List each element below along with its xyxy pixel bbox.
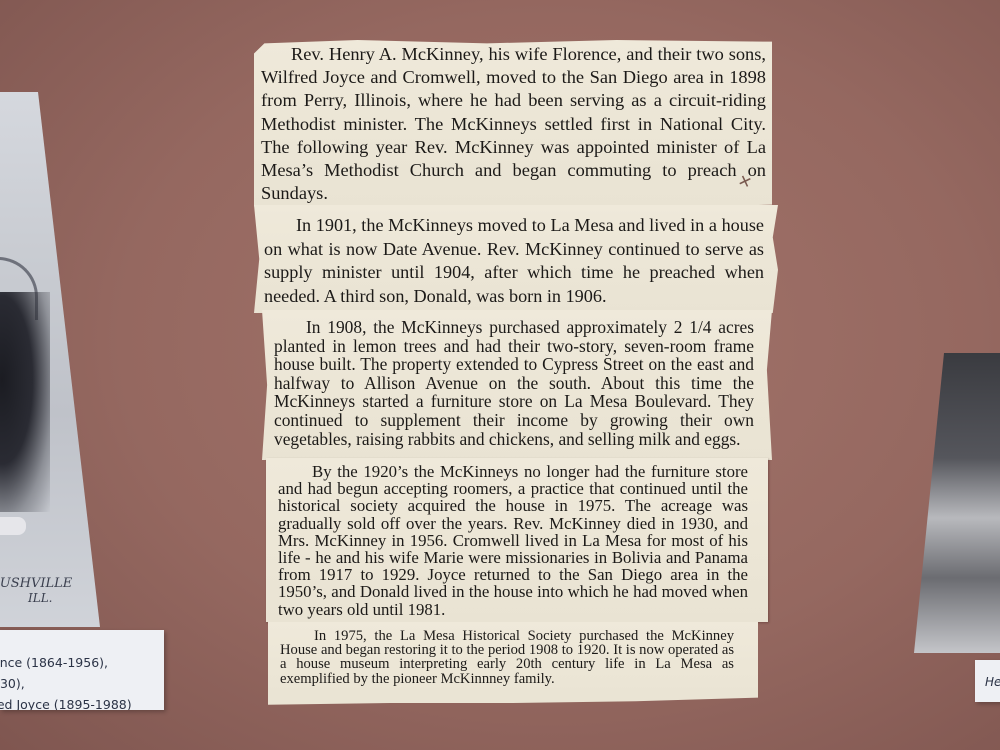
seated-figure	[0, 292, 50, 512]
photo-studio-imprint: RUSHVILLE ILL.	[0, 577, 80, 605]
caption-line: ence (1864-1956),	[0, 652, 164, 673]
history-paragraph-1908: In 1908, the McKinneys purchased approxi…	[262, 310, 772, 460]
paragraph-text: In 1908, the McKinneys purchased approxi…	[274, 318, 754, 448]
paragraph-text: In 1901, the McKinneys moved to La Mesa …	[264, 214, 764, 308]
left-portrait-photo: RUSHVILLE ILL.	[0, 92, 102, 627]
figure-hand	[0, 517, 26, 535]
imprint-city: RUSHVILLE	[0, 577, 80, 591]
paragraph-text: Rev. Henry A. McKinney, his wife Florenc…	[261, 43, 766, 205]
history-paragraph-1901: In 1901, the McKinneys moved to La Mesa …	[254, 205, 778, 313]
left-photo-caption: ence (1864-1956), 930), red Joyce (1895-…	[0, 630, 164, 710]
right-interior-photo	[914, 353, 1000, 653]
history-paragraph-1975: In 1975, the La Mesa Historical Society …	[268, 622, 758, 712]
caption-line: 930),	[0, 673, 164, 694]
paragraph-text: By the 1920’s the McKinneys no longer ha…	[278, 463, 748, 618]
history-paragraph-1898: Rev. Henry A. McKinney, his wife Florenc…	[254, 40, 772, 208]
caption-line: red Joyce (1895-1988)	[0, 694, 164, 710]
right-photo-caption: He	[975, 660, 1000, 702]
paragraph-text: In 1975, the La Mesa Historical Society …	[280, 629, 734, 686]
history-paragraph-1920s: By the 1920’s the McKinneys no longer ha…	[266, 458, 768, 622]
imprint-state: ILL.	[0, 591, 80, 605]
